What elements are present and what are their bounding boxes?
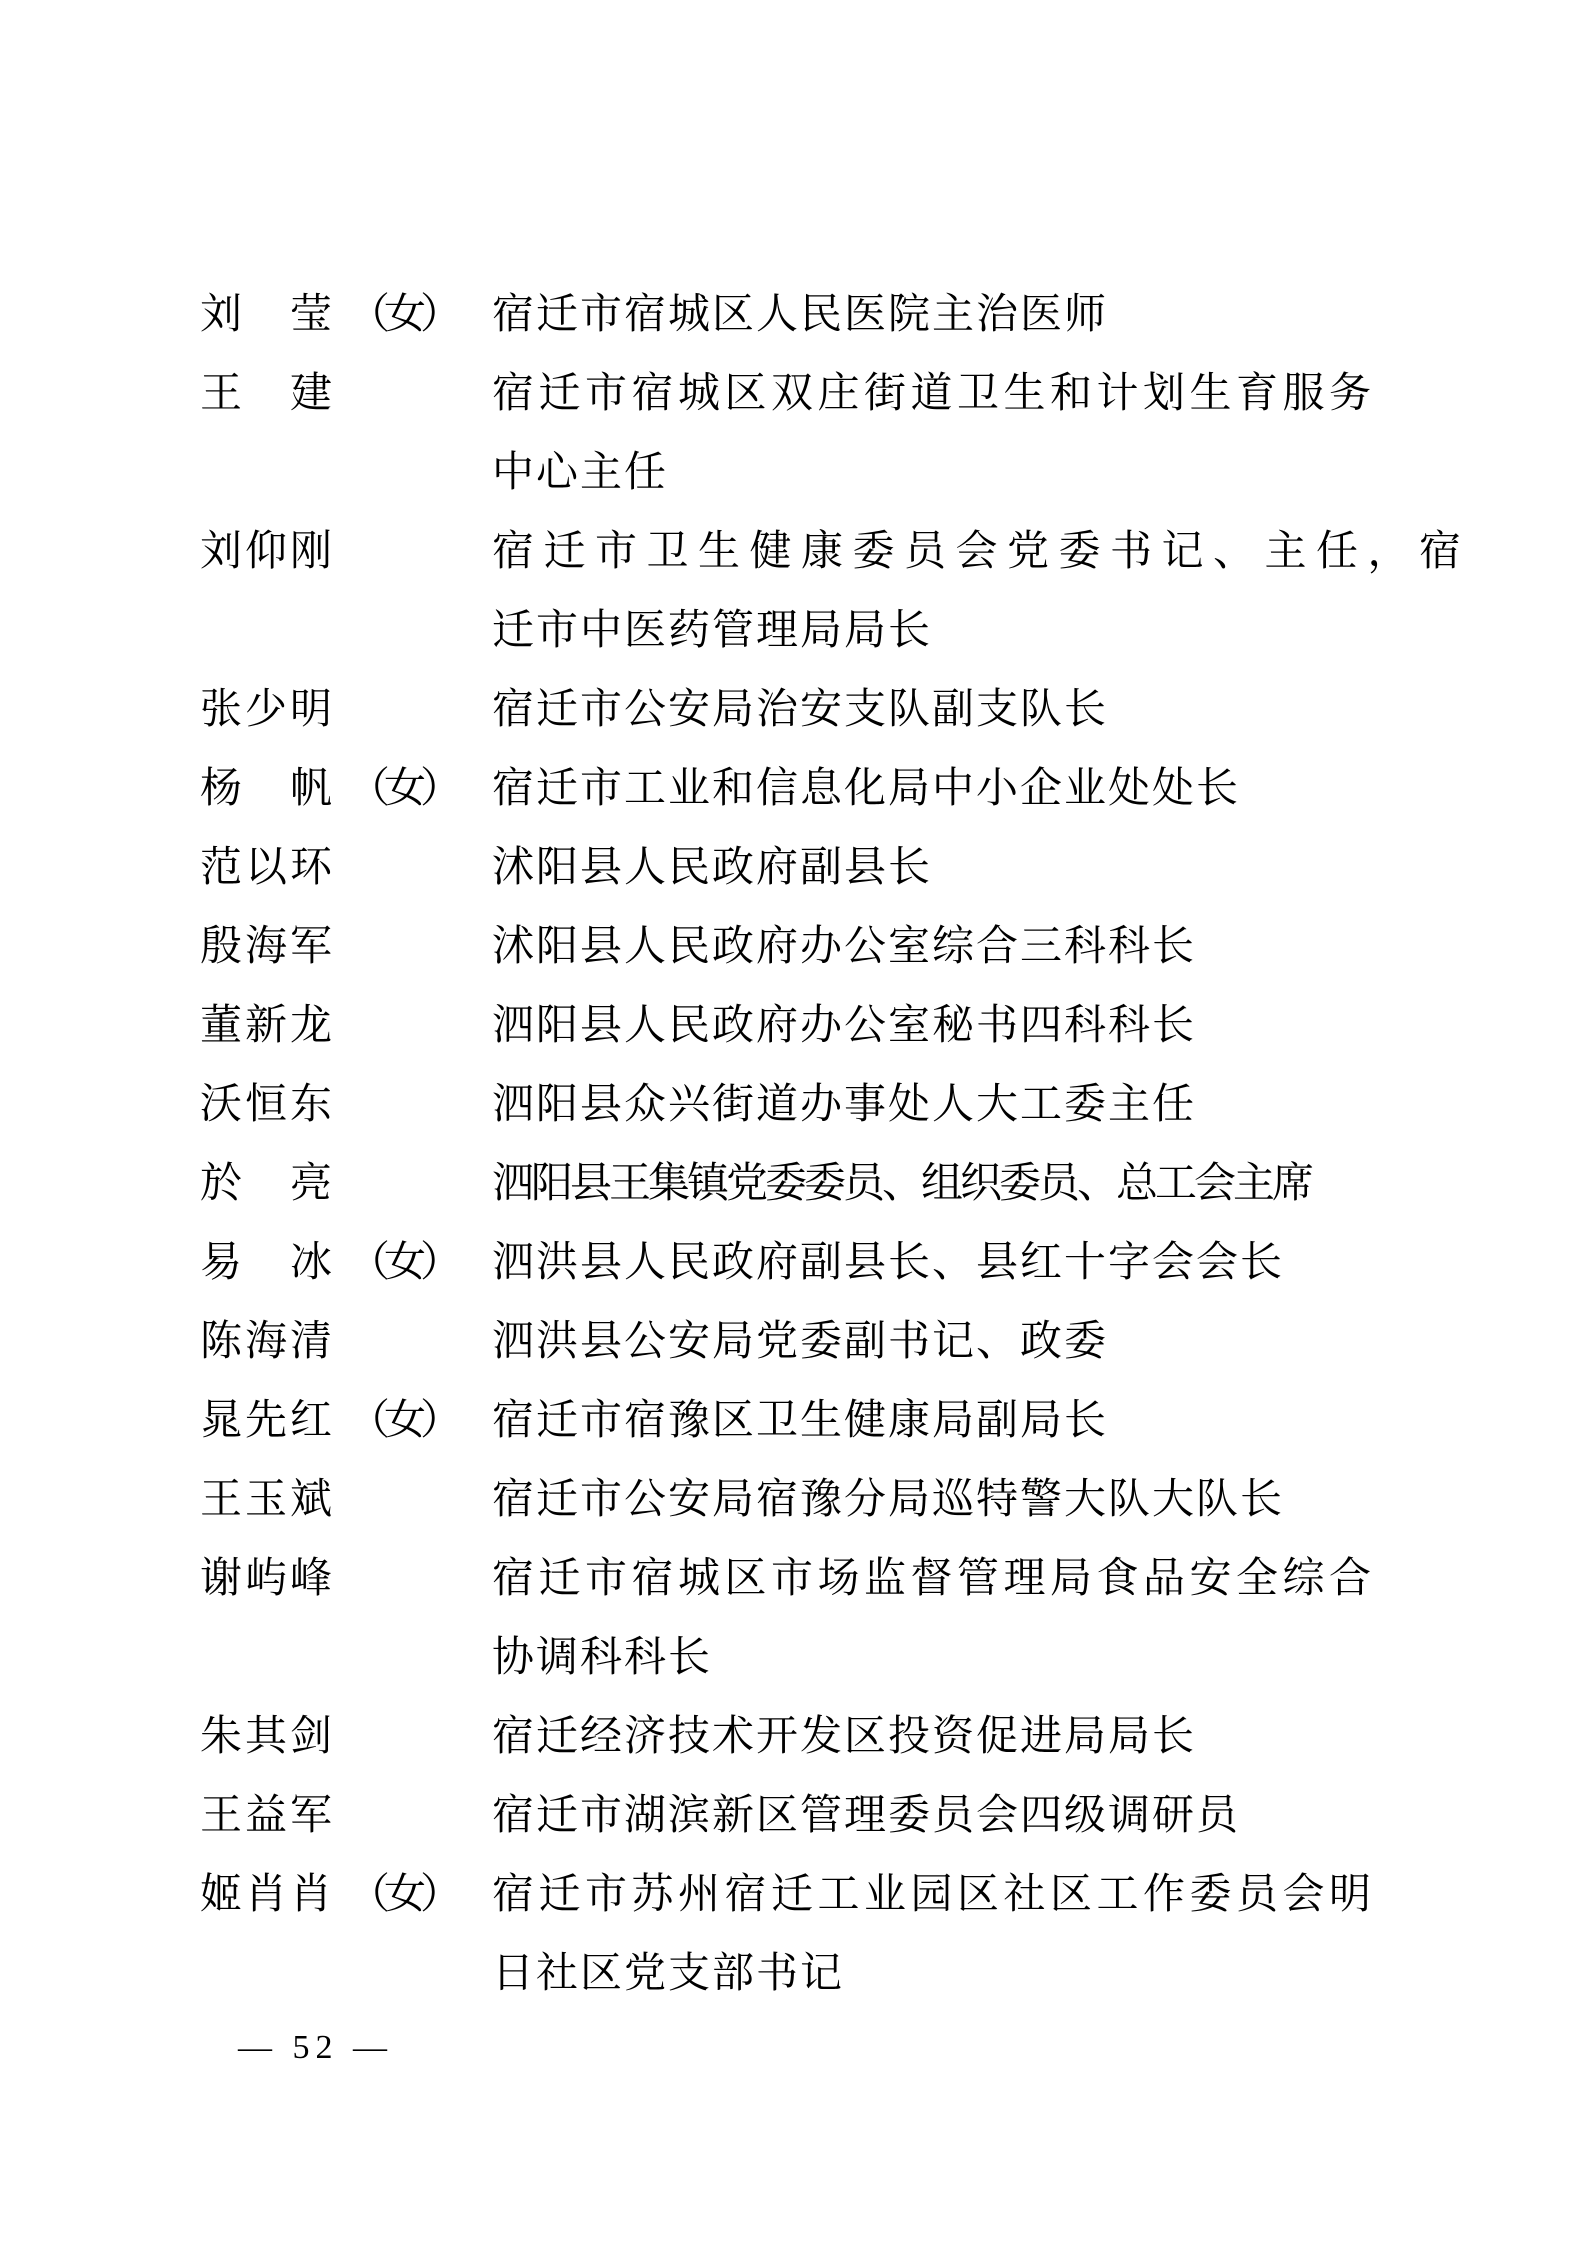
person-name-char: 少 xyxy=(245,688,287,732)
gender-label: （女） xyxy=(348,1399,456,1443)
person-name-char: 龙 xyxy=(290,1004,332,1048)
person-name-char: 海 xyxy=(245,925,287,969)
gender-label: （女） xyxy=(348,293,456,337)
person-name-char: 晁 xyxy=(200,1399,242,1443)
person-name-char: 刚 xyxy=(290,530,332,574)
person-name-char: 刘 xyxy=(200,293,242,337)
person-name-char: 易 xyxy=(200,1241,242,1285)
person-name-char: 环 xyxy=(290,846,332,890)
position-title-line: 泗阳县人民政府办公室秘书四科科长 xyxy=(492,1004,1196,1048)
person-name-char: 谢 xyxy=(200,1557,242,1601)
position-title-line: 泗阳县王集镇党委委员、组织委员、总工会主席 xyxy=(492,1162,1311,1206)
person-name-char: 剑 xyxy=(290,1715,332,1759)
position-title-line: 协调科科长 xyxy=(492,1636,712,1680)
person-name-char: 王 xyxy=(200,1478,242,1522)
person-name-char: 红 xyxy=(290,1399,332,1443)
person-name-char: 帆 xyxy=(290,767,332,811)
person-name-char: 杨 xyxy=(200,767,242,811)
person-name: 范以环 xyxy=(200,846,332,890)
person-name-char: 王 xyxy=(200,1794,242,1838)
position-title-line: 沭阳县人民政府办公室综合三科科长 xyxy=(492,925,1196,969)
position-title-line: 沭阳县人民政府副县长 xyxy=(492,846,932,890)
person-name: 张少明 xyxy=(200,688,332,732)
person-name: 王益军 xyxy=(200,1794,332,1838)
person-name-char: 清 xyxy=(290,1320,332,1364)
position-title-line: 宿迁经济技术开发区投资促进局局长 xyxy=(492,1715,1196,1759)
person-name-char: 益 xyxy=(245,1794,287,1838)
person-name-char: 仰 xyxy=(245,530,287,574)
person-name-char: 莹 xyxy=(290,293,332,337)
person-name-char: 军 xyxy=(290,925,332,969)
person-name-char: 峰 xyxy=(290,1557,332,1601)
person-name: 易冰 xyxy=(200,1241,332,1285)
position-title-line: 宿迁市宿城区市场监督管理局食品安全综合 xyxy=(492,1557,1376,1601)
document-page: 刘莹（女）宿迁市宿城区人民医院主治医师王建宿迁市宿城区双庄街道卫生和计划生育服务… xyxy=(0,0,1587,2245)
person-name: 沃恒东 xyxy=(200,1083,332,1127)
person-name-char: 朱 xyxy=(200,1715,242,1759)
person-name: 王建 xyxy=(200,372,332,416)
person-name: 谢屿峰 xyxy=(200,1557,332,1601)
person-name-char: 肖 xyxy=(245,1873,287,1917)
position-title-line: 日社区党支部书记 xyxy=(492,1952,844,1996)
person-name-char: 王 xyxy=(200,372,242,416)
person-name-char: 於 xyxy=(200,1162,242,1206)
person-name: 晁先红 xyxy=(200,1399,332,1443)
person-name-char: 亮 xyxy=(290,1162,332,1206)
position-title-line: 宿迁市宿城区人民医院主治医师 xyxy=(492,293,1108,337)
person-name: 刘仰刚 xyxy=(200,530,332,574)
person-name: 朱其剑 xyxy=(200,1715,332,1759)
person-name: 王玉斌 xyxy=(200,1478,332,1522)
position-title-line: 泗洪县人民政府副县长、县红十字会会长 xyxy=(492,1241,1284,1285)
person-name-char: 东 xyxy=(290,1083,332,1127)
person-name-char: 海 xyxy=(245,1320,287,1364)
position-title-line: 宿迁市公安局治安支队副支队长 xyxy=(492,688,1108,732)
person-name-char: 董 xyxy=(200,1004,242,1048)
page-number: — 52 — xyxy=(238,2030,393,2066)
person-name-char: 屿 xyxy=(245,1557,287,1601)
person-name-char: 明 xyxy=(290,688,332,732)
person-name-char: 刘 xyxy=(200,530,242,574)
person-name-char: 范 xyxy=(200,846,242,890)
person-name: 於亮 xyxy=(200,1162,332,1206)
person-name: 刘莹 xyxy=(200,293,332,337)
person-name-char: 姬 xyxy=(200,1873,242,1917)
person-name: 姬肖肖 xyxy=(200,1873,332,1917)
person-name-char: 建 xyxy=(290,372,332,416)
person-name-char: 新 xyxy=(245,1004,287,1048)
person-name-char: 玉 xyxy=(245,1478,287,1522)
position-title-line: 宿迁市公安局宿豫分局巡特警大队大队长 xyxy=(492,1478,1284,1522)
person-name: 杨帆 xyxy=(200,767,332,811)
person-name-char: 军 xyxy=(290,1794,332,1838)
person-name-char: 肖 xyxy=(290,1873,332,1917)
person-name: 陈海清 xyxy=(200,1320,332,1364)
person-name-char: 陈 xyxy=(200,1320,242,1364)
position-title-line: 宿迁市苏州宿迁工业园区社区工作委员会明 xyxy=(492,1873,1376,1917)
position-title-line: 宿迁市湖滨新区管理委员会四级调研员 xyxy=(492,1794,1240,1838)
gender-label: （女） xyxy=(348,1873,456,1917)
position-title-line: 宿迁市卫生健康委员会党委书记、主任，宿 xyxy=(492,530,1471,574)
person-name: 殷海军 xyxy=(200,925,332,969)
position-title-line: 宿迁市宿豫区卫生健康局副局长 xyxy=(492,1399,1108,1443)
person-name-char: 张 xyxy=(200,688,242,732)
person-name-char: 先 xyxy=(245,1399,287,1443)
position-title-line: 迁市中医药管理局局长 xyxy=(492,609,932,653)
position-title-line: 宿迁市工业和信息化局中小企业处处长 xyxy=(492,767,1240,811)
gender-label: （女） xyxy=(348,1241,456,1285)
position-title-line: 中心主任 xyxy=(492,451,668,495)
person-name-char: 恒 xyxy=(245,1083,287,1127)
person-name-char: 沃 xyxy=(200,1083,242,1127)
person-name-char: 其 xyxy=(245,1715,287,1759)
person-name-char: 冰 xyxy=(290,1241,332,1285)
position-title-line: 宿迁市宿城区双庄街道卫生和计划生育服务 xyxy=(492,372,1376,416)
person-name: 董新龙 xyxy=(200,1004,332,1048)
person-name-char: 殷 xyxy=(200,925,242,969)
position-title-line: 泗阳县众兴街道办事处人大工委主任 xyxy=(492,1083,1196,1127)
person-name-char: 以 xyxy=(245,846,287,890)
person-name-char: 斌 xyxy=(290,1478,332,1522)
position-title-line: 泗洪县公安局党委副书记、政委 xyxy=(492,1320,1108,1364)
gender-label: （女） xyxy=(348,767,456,811)
